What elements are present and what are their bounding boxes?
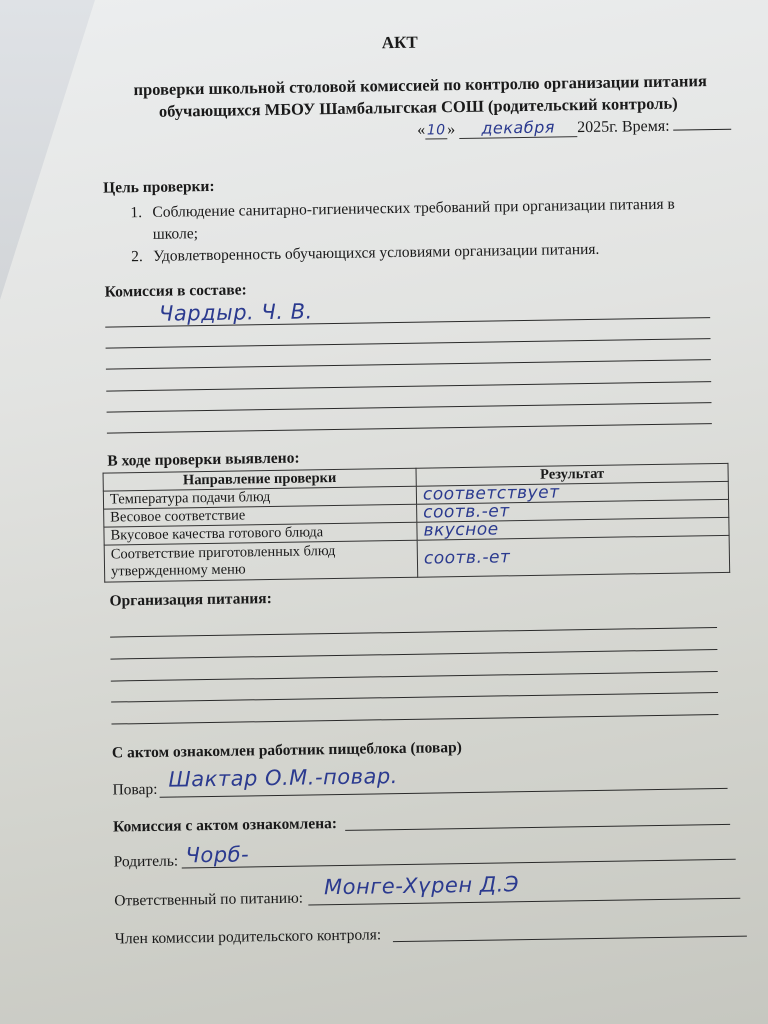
purpose-item-2-line1: Удовлетворенность обучающихся условиями … bbox=[153, 241, 600, 266]
responsible-line[interactable] bbox=[308, 898, 740, 906]
row-direction-line2: утвержденному меню bbox=[111, 559, 411, 581]
commission-line-4[interactable] bbox=[106, 381, 711, 392]
findings-heading: В ходе проверки выявлено: bbox=[107, 450, 300, 471]
commission-heading: Комиссия в составе: bbox=[105, 281, 247, 301]
purpose-item-2-num: 2. bbox=[131, 248, 143, 266]
date-month-field[interactable]: декабря bbox=[459, 117, 577, 139]
purpose-item-1-line1: Соблюдение санитарно-гигиенических требо… bbox=[152, 196, 675, 222]
commission-line-5[interactable] bbox=[107, 402, 712, 413]
time-field[interactable] bbox=[673, 115, 731, 131]
date-close-quote: » bbox=[447, 121, 455, 138]
responsible-signature[interactable]: Монге-Хүрен Д.Э bbox=[324, 872, 519, 899]
member-line[interactable] bbox=[393, 936, 747, 943]
commission-line-3[interactable] bbox=[106, 359, 711, 370]
row-result[interactable]: соотв.-ет bbox=[417, 535, 730, 577]
date-line: «10» декабря2025г. Время: bbox=[417, 115, 732, 140]
row-direction: Соответствие приготовленных блюд утвержд… bbox=[104, 540, 418, 582]
commission-ack-label: Комиссия с актом ознакомлена: bbox=[113, 815, 337, 837]
parent-label: Родитель: bbox=[114, 853, 179, 872]
cook-label: Повар: bbox=[112, 781, 157, 800]
document-page: АКТ проверки школьной столовой комиссией… bbox=[0, 0, 768, 1024]
commission-member-1[interactable]: Чардыр. Ч. В. bbox=[159, 299, 313, 325]
purpose-heading: Цель проверки: bbox=[103, 178, 215, 198]
cook-heading: С актом ознакомлен работник пищеблока (п… bbox=[112, 739, 462, 762]
responsible-label: Ответственный по питанию: bbox=[114, 890, 303, 911]
commission-line-2[interactable] bbox=[106, 338, 711, 349]
organization-line-1[interactable] bbox=[110, 627, 717, 638]
organization-line-4[interactable] bbox=[111, 692, 718, 703]
date-year-time-label: 2025г. Время: bbox=[577, 118, 670, 136]
parent-signature[interactable]: Чорб- bbox=[185, 842, 249, 867]
date-day-field[interactable]: 10 bbox=[425, 122, 447, 139]
parent-line[interactable] bbox=[182, 859, 736, 869]
purpose-item-1-num: 1. bbox=[130, 204, 142, 222]
commission-line-6[interactable] bbox=[107, 423, 712, 434]
date-open-quote: « bbox=[417, 122, 425, 139]
commission-ack-line[interactable] bbox=[345, 824, 730, 831]
document-content: АКТ проверки школьной столовой комиссией… bbox=[0, 0, 768, 1024]
organization-line-2[interactable] bbox=[110, 649, 717, 660]
findings-table: Направление проверки Результат Температу… bbox=[103, 463, 731, 583]
purpose-item-1-line2: школе; bbox=[153, 225, 198, 244]
organization-line-3[interactable] bbox=[111, 671, 718, 682]
organization-line-5[interactable] bbox=[111, 714, 718, 725]
member-label: Член комиссии родительского контроля: bbox=[115, 926, 382, 948]
organization-heading: Организация питания: bbox=[109, 590, 272, 611]
cook-signature[interactable]: Шактар О.М.-повар. bbox=[168, 764, 398, 792]
document-title: АКТ bbox=[382, 33, 418, 54]
